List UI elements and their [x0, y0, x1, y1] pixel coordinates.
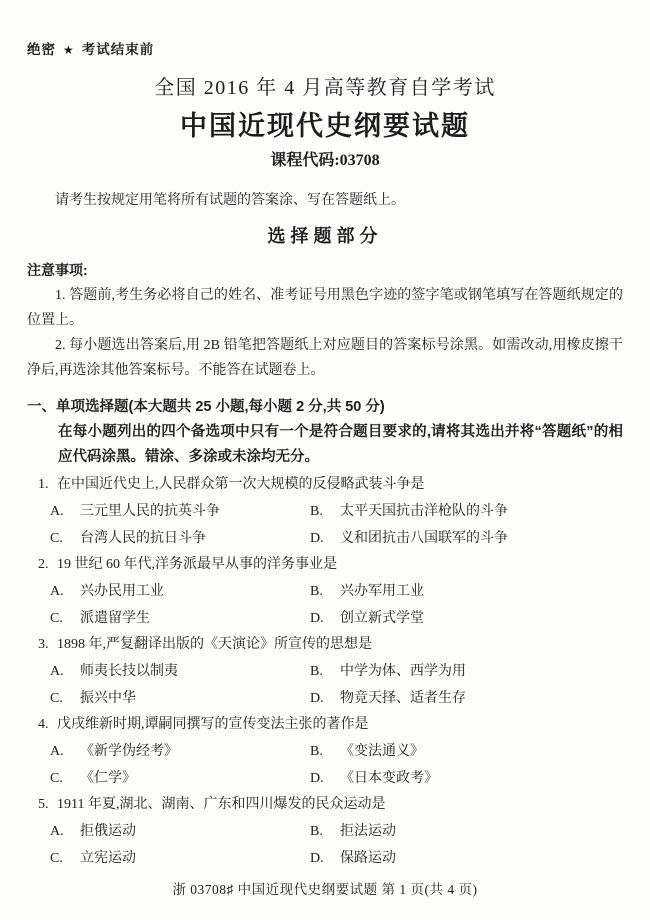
question-list: 1.在中国近代史上,人民群众第一次大规模的反侵略武装斗争是 A.三元里人民的抗英… [27, 472, 623, 872]
section-header: 选择题部分 [0, 222, 650, 248]
option-label: D. [310, 845, 340, 872]
option-label: B. [310, 658, 340, 685]
question-text: 戊戌维新时期,谭嗣同撰写的宣传变法主张的著作是 [57, 717, 369, 732]
option-a: A.《新学伪经考》 [50, 738, 310, 765]
question-text: 19 世纪 60 年代,洋务派最早从事的洋务事业是 [57, 557, 337, 572]
option-text: 太平天国抗击洋枪队的斗争 [340, 504, 508, 519]
option-a: A.三元里人民的抗英斗争 [50, 498, 310, 525]
option-text: 《仁学》 [80, 771, 136, 786]
course-code: 课程代码:03708 [0, 147, 650, 170]
notes-section: 注意事项: 1. 答题前,考生务必将自己的姓名、准考证号用黑色字迹的签字笔或钢笔… [27, 258, 623, 383]
option-text: 立宪运动 [80, 851, 136, 866]
option-a: A.拒俄运动 [50, 818, 310, 845]
option-b: B.拒法运动 [310, 818, 623, 845]
question-options: A.拒俄运动 B.拒法运动 C.立宪运动 D.保路运动 [50, 818, 623, 872]
option-text: 物竞天择、适者生存 [340, 691, 466, 706]
option-label: A. [50, 498, 80, 525]
option-label: B. [310, 578, 340, 605]
question-number: 1. [38, 472, 57, 498]
option-c: C.台湾人民的抗日斗争 [50, 525, 310, 552]
option-b: B.中学为体、西学为用 [310, 658, 623, 685]
option-label: B. [310, 498, 340, 525]
question-number: 4. [38, 712, 57, 738]
option-text: 义和团抗击八国联军的斗争 [340, 531, 508, 546]
option-label: C. [50, 845, 80, 872]
option-c: C.振兴中华 [50, 685, 310, 712]
question-4: 4.戊戌维新时期,谭嗣同撰写的宣传变法主张的著作是 A.《新学伪经考》 B.《变… [27, 712, 623, 792]
paper-title: 中国近现代史纲要试题 [0, 104, 650, 143]
question-options: A.师夷长技以制夷 B.中学为体、西学为用 C.振兴中华 D.物竞天择、适者生存 [50, 658, 623, 712]
option-label: D. [310, 605, 340, 632]
section-title: 一、单项选择题(本大题共 25 小题,每小题 2 分,共 50 分) [27, 395, 623, 420]
option-d: D.保路运动 [310, 845, 623, 872]
section-instruction: 在每小题列出的四个备选项中只有一个是符合题目要求的,请将其选出并将“答题纸”的相… [58, 420, 623, 470]
option-label: A. [50, 738, 80, 765]
general-instruction: 请考生按规定用笔将所有试题的答案涂、写在答题纸上。 [27, 188, 623, 214]
option-label: B. [310, 818, 340, 845]
question-options: A.《新学伪经考》 B.《变法通义》 C.《仁学》 D.《日本变政考》 [50, 738, 623, 792]
option-label: A. [50, 818, 80, 845]
note-item: 2. 每小题选出答案后,用 2B 铅笔把答题纸上对应题目的答案标号涂黑。如需改动… [27, 333, 623, 383]
question-stem: 1.在中国近代史上,人民群众第一次大规模的反侵略武装斗争是 [27, 472, 623, 498]
exam-session-title: 全国 2016 年 4 月高等教育自学考试 [0, 71, 650, 100]
single-choice-section-header: 一、单项选择题(本大题共 25 小题,每小题 2 分,共 50 分) 在每小题列… [27, 395, 623, 470]
question-text: 1898 年,严复翻译出版的《天演论》所宣传的思想是 [57, 637, 372, 652]
option-label: C. [50, 525, 80, 552]
option-d: D.物竞天择、适者生存 [310, 685, 623, 712]
option-text: 兴办民用工业 [80, 584, 164, 599]
option-label: D. [310, 525, 340, 552]
question-3: 3.1898 年,严复翻译出版的《天演论》所宣传的思想是 A.师夷长技以制夷 B… [27, 632, 623, 712]
question-stem: 2.19 世纪 60 年代,洋务派最早从事的洋务事业是 [27, 552, 623, 578]
option-text: 振兴中华 [80, 691, 136, 706]
option-d: D.《日本变政考》 [310, 765, 623, 792]
question-1: 1.在中国近代史上,人民群众第一次大规模的反侵略武装斗争是 A.三元里人民的抗英… [27, 472, 623, 552]
question-stem: 5.1911 年夏,湖北、湖南、广东和四川爆发的民众运动是 [27, 792, 623, 818]
question-number: 5. [38, 792, 57, 818]
option-d: D.义和团抗击八国联军的斗争 [310, 525, 623, 552]
option-text: 《新学伪经考》 [80, 744, 178, 759]
question-options: A.三元里人民的抗英斗争 B.太平天国抗击洋枪队的斗争 C.台湾人民的抗日斗争 … [50, 498, 623, 552]
option-b: B.太平天国抗击洋枪队的斗争 [310, 498, 623, 525]
question-5: 5.1911 年夏,湖北、湖南、广东和四川爆发的民众运动是 A.拒俄运动 B.拒… [27, 792, 623, 872]
notes-heading: 注意事项: [27, 258, 623, 283]
option-a: A.兴办民用工业 [50, 578, 310, 605]
option-text: 创立新式学堂 [340, 611, 424, 626]
question-options: A.兴办民用工业 B.兴办军用工业 C.派遣留学生 D.创立新式学堂 [50, 578, 623, 632]
option-text: 保路运动 [340, 851, 396, 866]
option-c: C.《仁学》 [50, 765, 310, 792]
question-number: 2. [38, 552, 57, 578]
option-label: D. [310, 685, 340, 712]
question-stem: 3.1898 年,严复翻译出版的《天演论》所宣传的思想是 [27, 632, 623, 658]
option-label: C. [50, 685, 80, 712]
option-text: 兴办军用工业 [340, 584, 424, 599]
option-label: B. [310, 738, 340, 765]
option-label: A. [50, 658, 80, 685]
option-label: D. [310, 765, 340, 792]
option-c: C.派遣留学生 [50, 605, 310, 632]
option-b: B.兴办军用工业 [310, 578, 623, 605]
option-text: 拒俄运动 [80, 824, 136, 839]
page-footer: 浙 03708♯ 中国近现代史纲要试题 第 1 页(共 4 页) [0, 878, 650, 898]
option-label: A. [50, 578, 80, 605]
star-icon: ★ [63, 43, 75, 57]
classification-banner: 绝密★考试结束前 [27, 0, 650, 58]
option-label: C. [50, 605, 80, 632]
option-label: C. [50, 765, 80, 792]
question-number: 3. [38, 632, 57, 658]
option-text: 台湾人民的抗日斗争 [80, 531, 206, 546]
question-stem: 4.戊戌维新时期,谭嗣同撰写的宣传变法主张的著作是 [27, 712, 623, 738]
classification-level: 绝密 [27, 42, 56, 57]
option-c: C.立宪运动 [50, 845, 310, 872]
classification-note: 考试结束前 [82, 42, 155, 57]
option-text: 三元里人民的抗英斗争 [80, 504, 220, 519]
question-2: 2.19 世纪 60 年代,洋务派最早从事的洋务事业是 A.兴办民用工业 B.兴… [27, 552, 623, 632]
question-text: 1911 年夏,湖北、湖南、广东和四川爆发的民众运动是 [57, 797, 385, 812]
option-b: B.《变法通义》 [310, 738, 623, 765]
option-text: 拒法运动 [340, 824, 396, 839]
note-item: 1. 答题前,考生务必将自己的姓名、准考证号用黑色字迹的签字笔或钢笔填写在答题纸… [27, 283, 623, 333]
option-text: 《日本变政考》 [340, 771, 438, 786]
exam-paper-page: 绝密★考试结束前 全国 2016 年 4 月高等教育自学考试 中国近现代史纲要试… [0, 0, 650, 920]
option-text: 中学为体、西学为用 [340, 664, 466, 679]
option-text: 师夷长技以制夷 [80, 664, 178, 679]
option-a: A.师夷长技以制夷 [50, 658, 310, 685]
option-text: 派遣留学生 [80, 611, 150, 626]
option-text: 《变法通义》 [340, 744, 424, 759]
question-text: 在中国近代史上,人民群众第一次大规模的反侵略武装斗争是 [57, 477, 425, 492]
option-d: D.创立新式学堂 [310, 605, 623, 632]
